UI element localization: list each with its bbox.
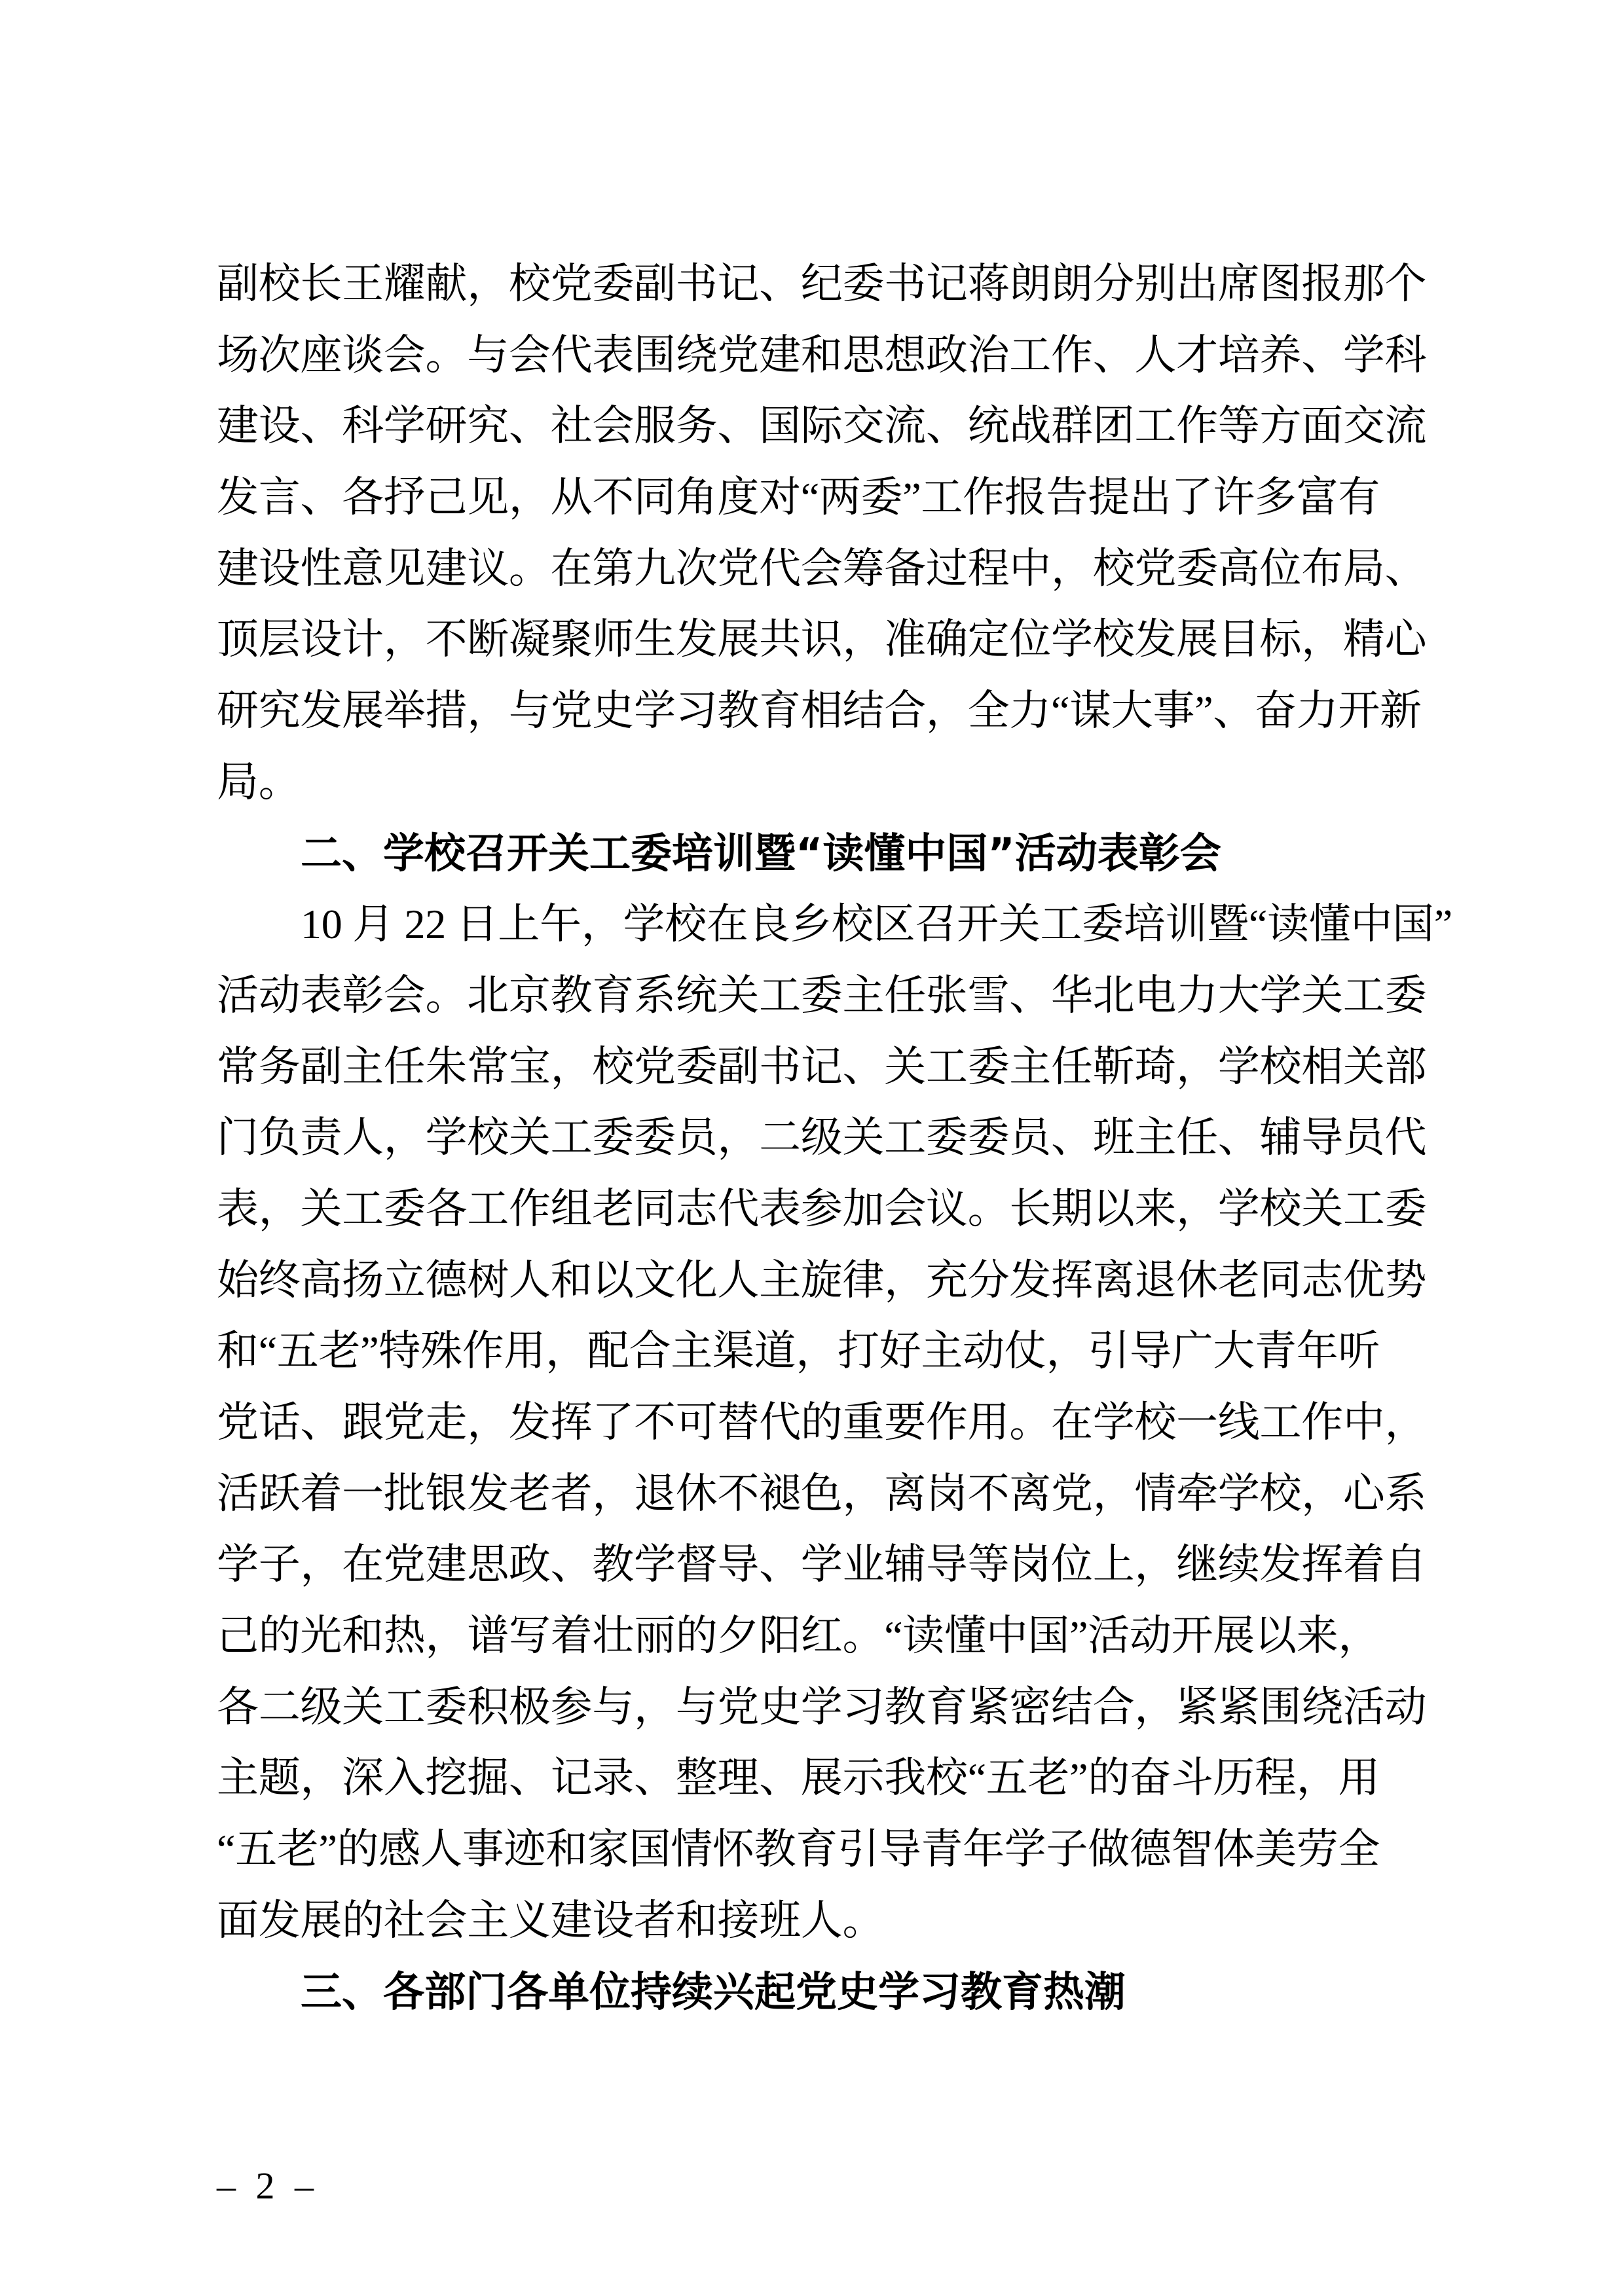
text-line: 面发展的社会主义建设者和接班人。	[217, 1886, 1427, 1957]
paragraph: 副校长王耀献，校党委副书记、纪委书记蒋朗朗分别出席图报那个场次座谈会。与会代表围…	[217, 249, 1427, 818]
paragraph: 10 月 22 日上午，学校在良乡校区召开关工委培训暨“读懂中国”活动表彰会。北…	[217, 889, 1427, 1956]
page-number: – 2 –	[217, 2164, 319, 2208]
text-line: 己的光和热，谱写着壮丽的夕阳红。“读懂中国”活动开展以来，	[217, 1601, 1427, 1672]
text-line: 建设、科学研究、社会服务、国际交流、统战群团工作等方面交流	[217, 391, 1427, 462]
text-line: 建设性意见建议。在第九次党代会筹备过程中，校党委高位布局、	[217, 534, 1427, 605]
document-body: 副校长王耀献，校党委副书记、纪委书记蒋朗朗分别出席图报那个场次座谈会。与会代表围…	[217, 249, 1427, 2028]
text-line: “五老”的感人事迹和家国情怀教育引导青年学子做德智体美劳全	[217, 1814, 1427, 1886]
section-heading: 二、学校召开关工委培训暨“读懂中国”活动表彰会	[217, 818, 1427, 890]
text-line: 始终高扬立德树人和以文化人主旋律，充分发挥离退休老同志优势	[217, 1245, 1427, 1317]
text-line: 活动表彰会。北京教育系统关工委主任张雪、华北电力大学关工委	[217, 960, 1427, 1032]
text-line: 学子，在党建思政、教学督导、学业辅导等岗位上，继续发挥着自	[217, 1529, 1427, 1601]
text-line: 发言、各抒己见，从不同角度对“两委”工作报告提出了许多富有	[217, 462, 1427, 534]
text-line: 顶层设计，不断凝聚师生发展共识，准确定位学校发展目标，精心	[217, 604, 1427, 676]
text-line: 党话、跟党走，发挥了不可替代的重要作用。在学校一线工作中，	[217, 1387, 1427, 1459]
section-heading: 三、各部门各单位持续兴起党史学习教育热潮	[217, 1957, 1427, 2028]
text-line: 和“五老”特殊作用，配合主渠道，打好主动仗，引导广大青年听	[217, 1316, 1427, 1387]
document-page: 副校长王耀献，校党委副书记、纪委书记蒋朗朗分别出席图报那个场次座谈会。与会代表围…	[0, 0, 1624, 2296]
text-line: 各二级关工委积极参与，与党史学习教育紧密结合，紧紧围绕活动	[217, 1672, 1427, 1743]
text-line: 研究发展举措，与党史学习教育相结合，全力“谋大事”、奋力开新	[217, 676, 1427, 747]
text-line: 活跃着一批银发老者，退休不褪色，离岗不离党，情牵学校，心系	[217, 1459, 1427, 1530]
text-line: 表，关工委各工作组老同志代表参加会议。长期以来，学校关工委	[217, 1174, 1427, 1245]
text-line: 门负责人，学校关工委委员，二级关工委委员、班主任、辅导员代	[217, 1102, 1427, 1174]
text-line: 场次座谈会。与会代表围绕党建和思想政治工作、人才培养、学科	[217, 320, 1427, 392]
text-line: 副校长王耀献，校党委副书记、纪委书记蒋朗朗分别出席图报那个	[217, 249, 1427, 320]
text-line: 10 月 22 日上午，学校在良乡校区召开关工委培训暨“读懂中国”	[217, 889, 1427, 960]
text-line: 主题，深入挖掘、记录、整理、展示我校“五老”的奋斗历程，用	[217, 1743, 1427, 1814]
text-line: 常务副主任朱常宝，校党委副书记、关工委主任靳琦，学校相关部	[217, 1032, 1427, 1103]
text-line: 局。	[217, 747, 1427, 818]
